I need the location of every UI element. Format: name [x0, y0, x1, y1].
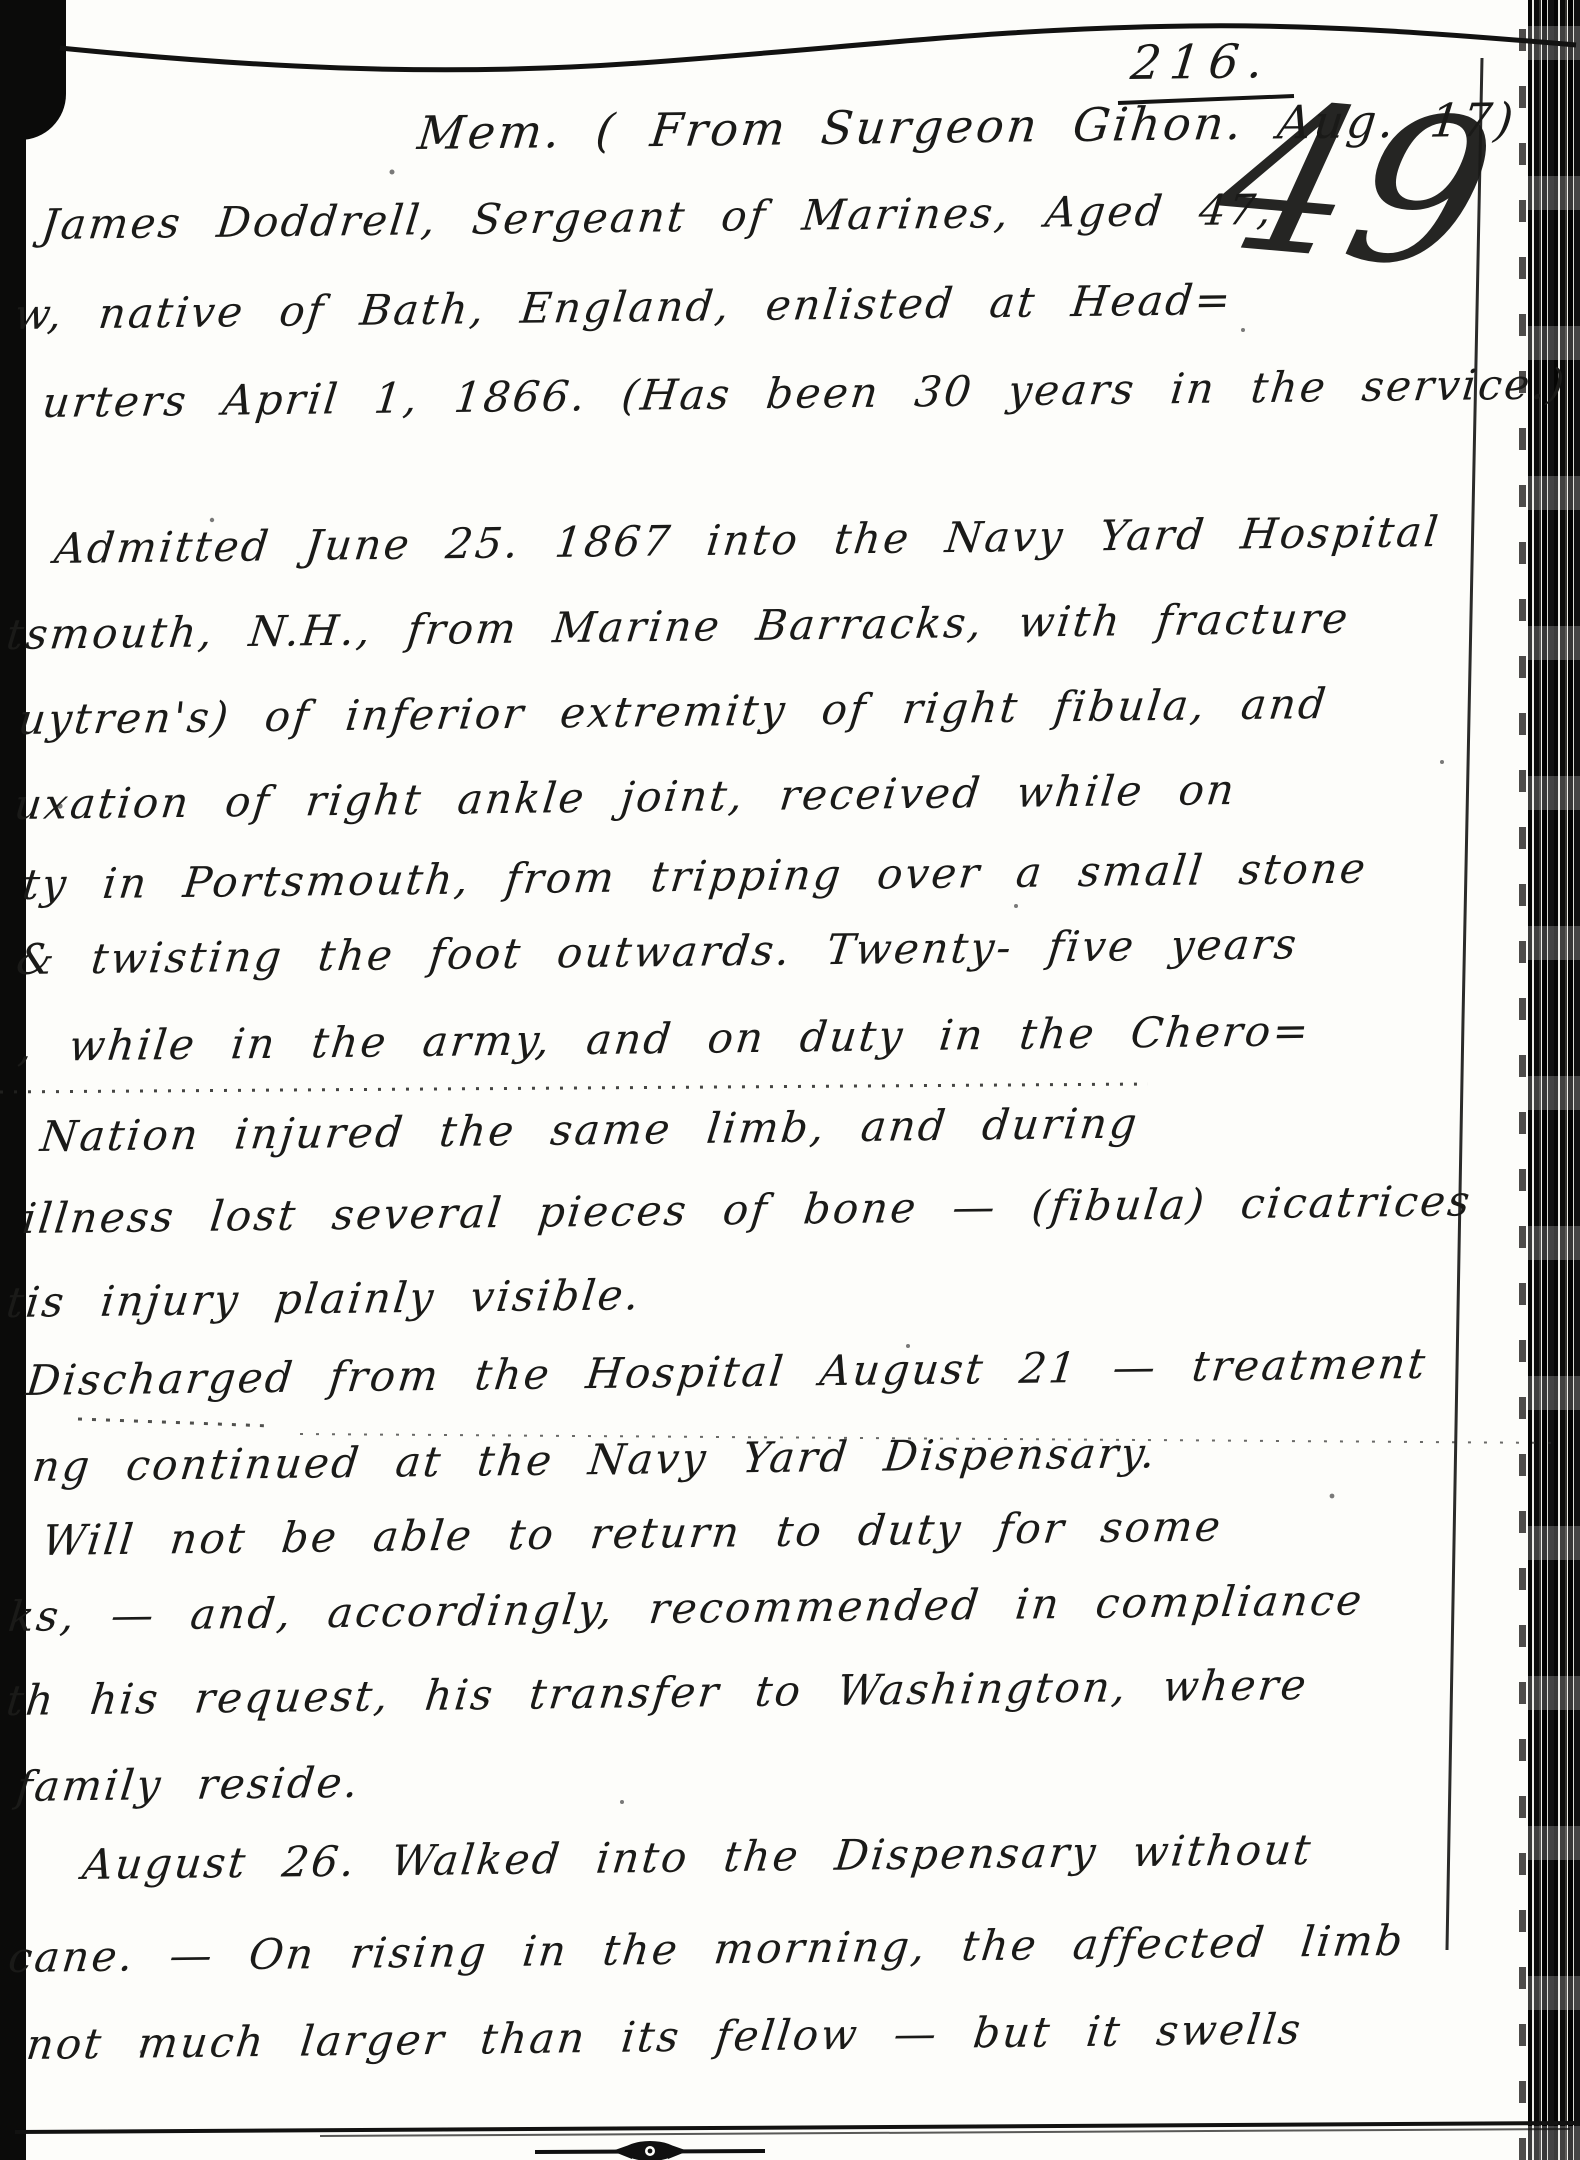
handwritten-line: illness lost several pieces of bone — (f…: [20, 1176, 1475, 1243]
handwritten-line: August 26. Walked into the Dispensary wi…: [80, 1825, 1315, 1889]
handwritten-line: not much larger than its fellow — but it…: [24, 2004, 1305, 2069]
handwritten-line: uytren's) of inferior extremity of right…: [16, 679, 1331, 744]
page-bottom-edge-line-2: [320, 2129, 1570, 2136]
scanned-manuscript-page: 216. 49 Mem. ( From Surgeon Gihon. Aug. …: [0, 0, 1580, 2160]
handwritten-line: uxation of right ankle joint, received w…: [12, 765, 1239, 829]
handwritten-line: ng continued at the Navy Yard Dispensary…: [30, 1428, 1160, 1491]
handwritten-line: cane. — On rising in the morning, the af…: [6, 1916, 1407, 1982]
page-edge-line: [1447, 58, 1482, 1950]
handwritten-line: ty in Portsmouth, from tripping over a s…: [20, 844, 1370, 909]
handwritten-line: & twisting the foot outwards. Twenty- fi…: [14, 919, 1301, 984]
page-bottom-edge-line: [15, 2123, 1578, 2132]
handwritten-line: th his request, his transfer to Washingt…: [4, 1660, 1311, 1725]
scan-gutter-corner: [0, 0, 66, 140]
handwritten-line: Nation injured the same limb, and during: [38, 1099, 1142, 1161]
handwritten-line: , while in the army, and on duty in the …: [16, 1006, 1313, 1071]
fold-crease-line-2a: [78, 1419, 272, 1426]
fold-crease-line-1: [0, 1084, 1148, 1092]
handwritten-line: tsmouth, N.H., from Marine Barracks, wit…: [4, 594, 1353, 659]
handwritten-line: Admitted June 25. 1867 into the Navy Yar…: [52, 507, 1443, 573]
handwritten-line: ks, — and, accordingly, recommended in c…: [6, 1575, 1367, 1641]
divider-ornament: [535, 2141, 765, 2160]
page-top-edge-line: [60, 26, 1576, 70]
book-fore-edge-pages: [1528, 0, 1580, 2160]
handwritten-line: w, native of Bath, England, enlisted at …: [12, 275, 1235, 339]
handwritten-line: Discharged from the Hospital August 21 —…: [24, 1339, 1430, 1405]
handwritten-line: tis injury plainly visible.: [4, 1270, 644, 1327]
handwritten-line: urters April 1, 1866. (Has been 30 years…: [40, 359, 1569, 427]
handwritten-line: Will not be able to return to duty for s…: [40, 1502, 1225, 1565]
handwritten-line: James Doddrell, Sergeant of Marines, Age…: [39, 185, 1276, 249]
handwritten-line: family reside.: [14, 1758, 363, 1811]
book-fore-edge-wisp: [1519, 0, 1526, 2160]
